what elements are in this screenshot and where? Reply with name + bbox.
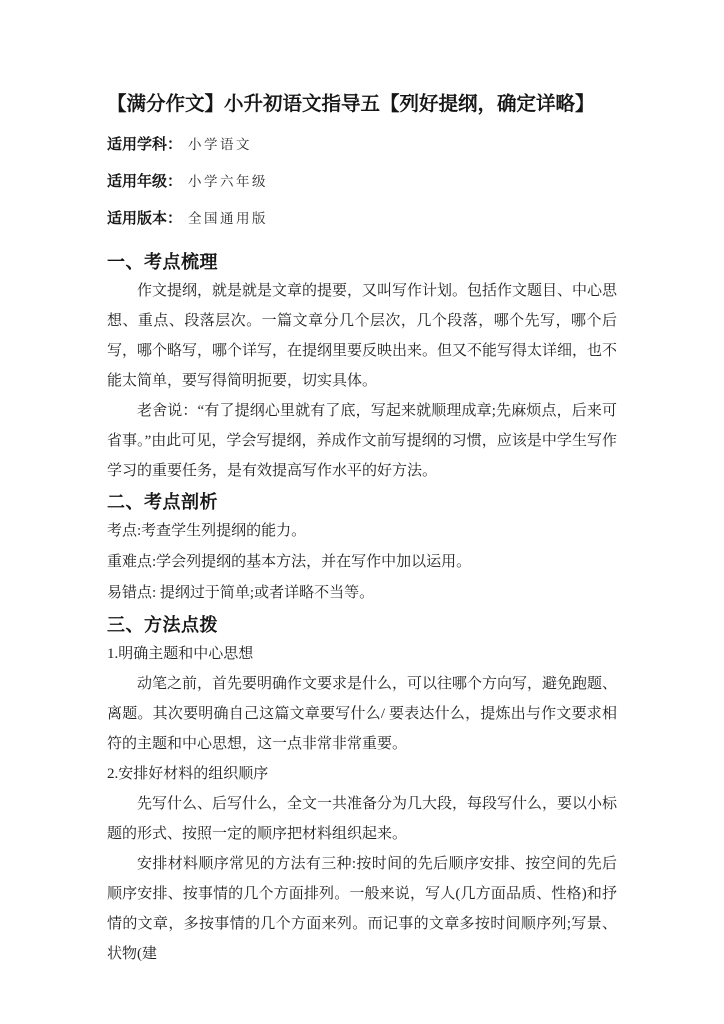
- meta-value-edition: 全国通用版: [188, 211, 268, 226]
- document-content: 【满分作文】小升初语文指导五【列好提纲，确定详略】 适用学科：小学语文 适用年级…: [107, 88, 617, 969]
- section3-subtitle-2: 2.安排好材料的组织顺序: [107, 759, 617, 789]
- section2-item-kaodian: 考点:考查学生列提纲的能力。: [107, 516, 617, 547]
- section-heading-2: 二、考点剖析: [107, 489, 617, 516]
- meta-row-subject: 适用学科：小学语文: [107, 134, 617, 156]
- section-heading-3: 三、方法点拨: [107, 612, 617, 639]
- document-title: 【满分作文】小升初语文指导五【列好提纲，确定详略】: [107, 88, 617, 120]
- section-heading-1: 一、考点梳理: [107, 249, 617, 276]
- section3-subtitle-1: 1.明确主题和中心思想: [107, 639, 617, 669]
- meta-block: 适用学科：小学语文 适用年级：小学六年级 适用版本：全国通用版: [107, 134, 617, 230]
- meta-label-grade: 适用年级：: [107, 173, 182, 190]
- section3-sub1-paragraph: 动笔之前，首先要明确作文要求是什么，可以往哪个方向写，避免跑题、离题。其次要明确…: [107, 669, 617, 759]
- meta-value-subject: 小学语文: [188, 137, 252, 152]
- meta-label-subject: 适用学科：: [107, 136, 182, 153]
- meta-value-grade: 小学六年级: [188, 174, 268, 189]
- meta-row-grade: 适用年级：小学六年级: [107, 171, 617, 193]
- section3-sub2-paragraph-2: 安排材料顺序常见的方法有三种:按时间的先后顺序安排、按空间的先后顺序安排、按事情…: [107, 849, 617, 969]
- meta-label-edition: 适用版本：: [107, 210, 182, 227]
- section2-item-zhongnandian: 重难点:学会列提纲的基本方法，并在写作中加以运用。: [107, 547, 617, 578]
- section3-sub2-paragraph-1: 先写什么、后写什么，全文一共准备分为几大段，每段写什么，要以小标题的形式、按照一…: [107, 789, 617, 849]
- document-page: 【满分作文】小升初语文指导五【列好提纲，确定详略】 适用学科：小学语文 适用年级…: [0, 0, 724, 1024]
- meta-row-edition: 适用版本：全国通用版: [107, 208, 617, 230]
- section2-item-yicuodian: 易错点: 提纲过于简单;或者详略不当等。: [107, 578, 617, 609]
- section1-paragraph-1: 作文提纲，就是就是文章的提要，又叫写作计划。包括作文题目、中心思想、重点、段落层…: [107, 276, 617, 396]
- section1-paragraph-2: 老舍说：“有了提纲心里就有了底，写起来就顺理成章;先麻烦点，后来可省事。”由此可…: [107, 396, 617, 486]
